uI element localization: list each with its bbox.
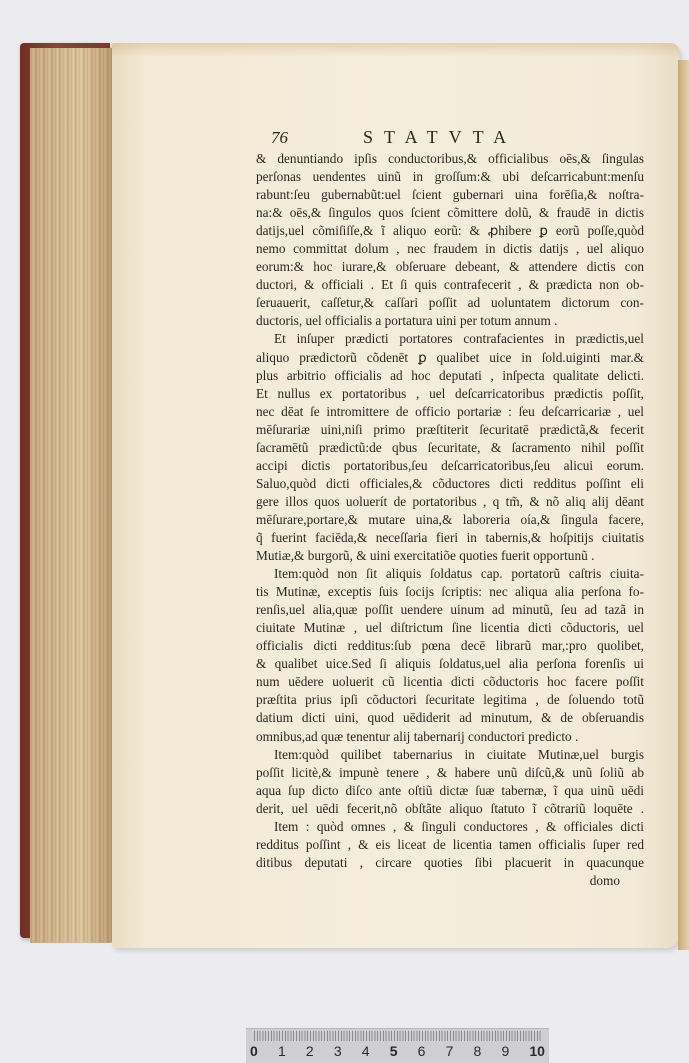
text-line: Mutiæ,& burgorũ, & uini exercitatiõe quo…: [256, 547, 644, 565]
text-line: aliquo prædictorũ cõdenēt ꝑ qualibet uic…: [256, 349, 644, 367]
facing-page-edge: [678, 60, 689, 950]
text-line: ditibus deputati , circare quoties ſibi …: [256, 854, 644, 872]
ruler-label: 0: [250, 1043, 258, 1059]
text-line: derit, uel uēdi fecerit,nõ obſtãte aliqu…: [256, 800, 644, 818]
text-line: datijs,uel cõmiſiſſe,& ĩ aliquo eorũ: & …: [256, 222, 644, 240]
text-line: & qualibet uice.Sed ſi aliquis ſoldatus,…: [256, 655, 644, 673]
text-line: plus arbitrio officialis ad hoc deputati…: [256, 367, 644, 385]
text-line: accipi dictis portatoribus,ſeu deſcarric…: [256, 457, 644, 475]
text-line: nec dēat ſe intromittere de officio port…: [256, 403, 644, 421]
page-text-block: 76 STATVTA & denuntiando ipſis conductor…: [256, 128, 644, 890]
text-line: officialis dicti redditus:ſub pœna decē …: [256, 637, 644, 655]
text-line: renſis,uel alia,quæ poſſit uendere uinum…: [256, 601, 644, 619]
ruler-label: 4: [362, 1043, 370, 1059]
text-line: ductori, & officiali . Et ſi quis contra…: [256, 276, 644, 294]
text-line: rabunt:ſeu gubernabũt:uel ſcient guberna…: [256, 186, 644, 204]
text-line: omnibus,ad quæ tenentur alij tabernarij …: [256, 728, 644, 746]
text-line: Et nullus ex portatoribus , uel deſcarri…: [256, 385, 644, 403]
book-scan-scene: 76 STATVTA & denuntiando ipſis conductor…: [0, 0, 689, 1063]
ruler-label: 1: [278, 1043, 286, 1059]
text-line: ſacramētũ prædictũ:de qbus ſecuritate, &…: [256, 439, 644, 457]
text-line: mēſurare,portare,& mutare uina,& laborer…: [256, 511, 644, 529]
ruler-label: 3: [334, 1043, 342, 1059]
running-title: STATVTA: [363, 128, 517, 146]
text-line: Item : quòd omnes , & ſinguli conductore…: [256, 818, 644, 836]
ruler-label: 5: [390, 1043, 398, 1059]
ruler-label: 9: [501, 1043, 509, 1059]
text-line: datium dicti uini, quod uēdiderit ad min…: [256, 709, 644, 727]
text-line: Et inſuper prædicti portatores contrafac…: [256, 330, 644, 348]
text-line: num uēdere uoluerit cũ licentia dicti cõ…: [256, 673, 644, 691]
text-line: redditus poſſint , & eis liceat de licen…: [256, 836, 644, 854]
ruler-labels: 012345678910: [250, 1043, 545, 1059]
running-head: 76 STATVTA: [256, 128, 644, 150]
page-edges: [30, 48, 116, 943]
text-line: ciuitate Mutinæ , uel diſtrictum ſine li…: [256, 619, 644, 637]
text-line: gere illos quos uoluerít de portatoribus…: [256, 493, 644, 511]
catchword: domo: [256, 872, 644, 890]
text-line: eorum:& hoc iurare,& obſeruare debeant, …: [256, 258, 644, 276]
ruler-ticks: [254, 1031, 541, 1041]
page-number: 76: [256, 129, 363, 147]
text-line: tis Mutinæ, exceptis ſuis ſocijs ſcripti…: [256, 583, 644, 601]
text-line: na:& oēs,& ſingulos quos ſcient cõmitter…: [256, 204, 644, 222]
text-line: ſeruauerit, caſſetur,& caſſari poſſit ad…: [256, 294, 644, 312]
text-line: Item:quòd quilibet tabernarius in ciuita…: [256, 746, 644, 764]
text-line: præſtita prius ipſi cõductori ſecuritate…: [256, 691, 644, 709]
measurement-ruler: 012345678910: [246, 1028, 549, 1063]
ruler-label: 10: [529, 1043, 545, 1059]
text-line: q̃ fuerint faciēda,& neceſſaria fieri in…: [256, 529, 644, 547]
ruler-label: 6: [418, 1043, 426, 1059]
text-line: & denuntiando ipſis conductoribus,& offi…: [256, 150, 644, 168]
text-line: aqua ſup dicto diſco ante oſtiũ dictæ ſu…: [256, 782, 644, 800]
text-line: nemo committat dolum , nec fraudem in di…: [256, 240, 644, 258]
text-line: perſonas uendentes uinũ in groſſum:& ubi…: [256, 168, 644, 186]
body-text: & denuntiando ipſis conductoribus,& offi…: [256, 150, 644, 872]
text-line: Saluo,quòd dicti officiales,& cõductores…: [256, 475, 644, 493]
text-line: Item:quòd non ſit aliquis ſoldatus cap. …: [256, 565, 644, 583]
ruler-label: 7: [446, 1043, 454, 1059]
text-line: poſſit licitè,& impunè tenere , & habere…: [256, 764, 644, 782]
ruler-label: 8: [474, 1043, 482, 1059]
ruler-label: 2: [306, 1043, 314, 1059]
text-line: mēſurariæ uini,niſi primo præſtiterit ſe…: [256, 421, 644, 439]
text-line: ductoris, uel officialis a portatura uin…: [256, 312, 644, 330]
